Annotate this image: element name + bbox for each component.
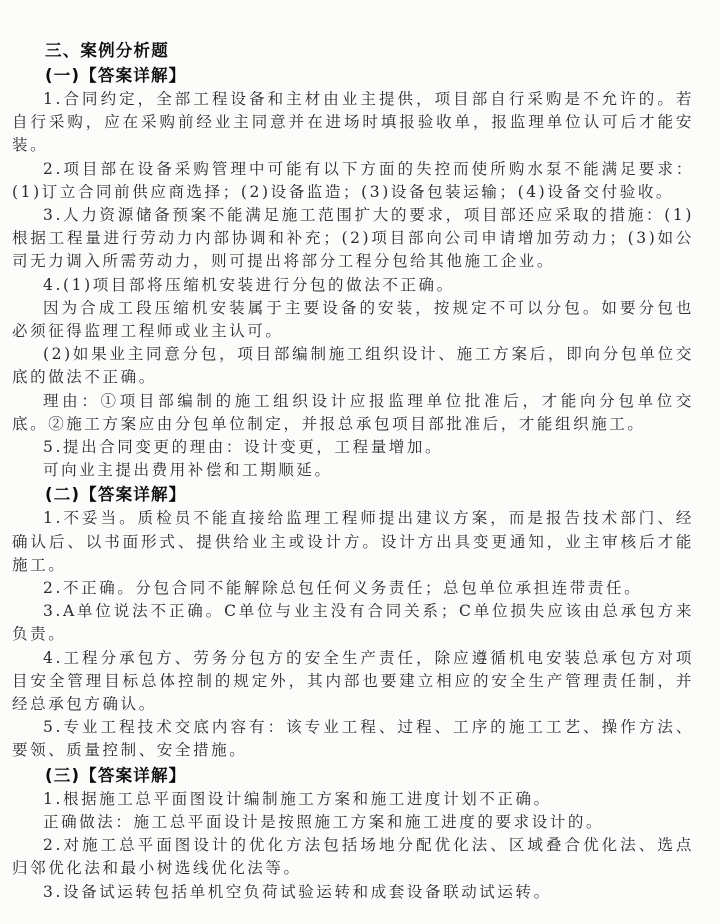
paragraph: 5.专业工程技术交底内容有：该专业工程、过程、工序的施工工艺、操作方法、要领、质… [12,716,694,762]
paragraph: 理由：①项目部编制的施工组织设计应报监理单位批准后，才能向分包单位交底。②施工方… [12,390,694,436]
paragraph: 正确做法：施工总平面设计是按照施工方案和施工进度的要求设计的。 [12,811,694,834]
section-1-title: (一)【答案详解】 [12,63,694,88]
paragraph: 可向业主提出费用补偿和工期顺延。 [12,459,694,482]
paragraph: 2.对施工总平面图设计的优化方法包括场地分配优化法、区域叠合优化法、选点归邻优化… [12,834,694,880]
section-answer-3: (三)【答案详解】 1.根据施工总平面图设计编制施工方案和施工进度计划不正确。 … [12,763,694,904]
section-2-title: (二)【答案详解】 [12,482,694,507]
page-title: 三、案例分析题 [12,38,694,63]
paragraph: 3.人力资源储备预案不能满足施工范围扩大的要求，项目部还应采取的措施：(1)根据… [12,204,694,274]
paragraph: 2.不正确。分包合同不能解除总包任何义务责任；总包单位承担连带责任。 [12,577,694,600]
paragraph: 1.不妥当。质检员不能直接给监理工程师提出建议方案，而是报告技术部门、经确认后、… [12,507,694,577]
paragraph: 4.(1)项目部将压缩机安装进行分包的做法不正确。 [12,274,694,297]
paragraph: 1.合同约定，全部工程设备和主材由业主提供，项目部自行采购是不允许的。若自行采购… [12,88,694,158]
section-answer-1: (一)【答案详解】 1.合同约定，全部工程设备和主材由业主提供，项目部自行采购是… [12,63,694,482]
section-answer-2: (二)【答案详解】 1.不妥当。质检员不能直接给监理工程师提出建议方案，而是报告… [12,482,694,762]
paragraph: (2)如果业主同意分包，项目部编制施工组织设计、施工方案后，即向分包单位交底的做… [12,343,694,389]
paragraph: 5.提出合同变更的理由：设计变更，工程量增加。 [12,436,694,459]
paragraph: 2.项目部在设备采购管理中可能有以下方面的失控而使所购水泵不能满足要求：(1)订… [12,158,694,204]
scanned-answer-page: 三、案例分析题 (一)【答案详解】 1.合同约定，全部工程设备和主材由业主提供，… [0,0,720,924]
paragraph: 4.工程分承包方、劳务分包方的安全生产责任，除应遵循机电安装总承包方对项目安全管… [12,647,694,717]
paragraph: 3.A单位说法不正确。C单位与业主没有合同关系；C单位损失应该由总承包方来负责。 [12,600,694,646]
section-3-title: (三)【答案详解】 [12,763,694,788]
paragraph: 3.设备试运转包括单机空负荷试验运转和成套设备联动试运转。 [12,881,694,904]
paragraph: 1.根据施工总平面图设计编制施工方案和施工进度计划不正确。 [12,788,694,811]
paragraph: 因为合成工段压缩机安装属于主要设备的安装，按规定不可以分包。如要分包也必须征得监… [12,297,694,343]
